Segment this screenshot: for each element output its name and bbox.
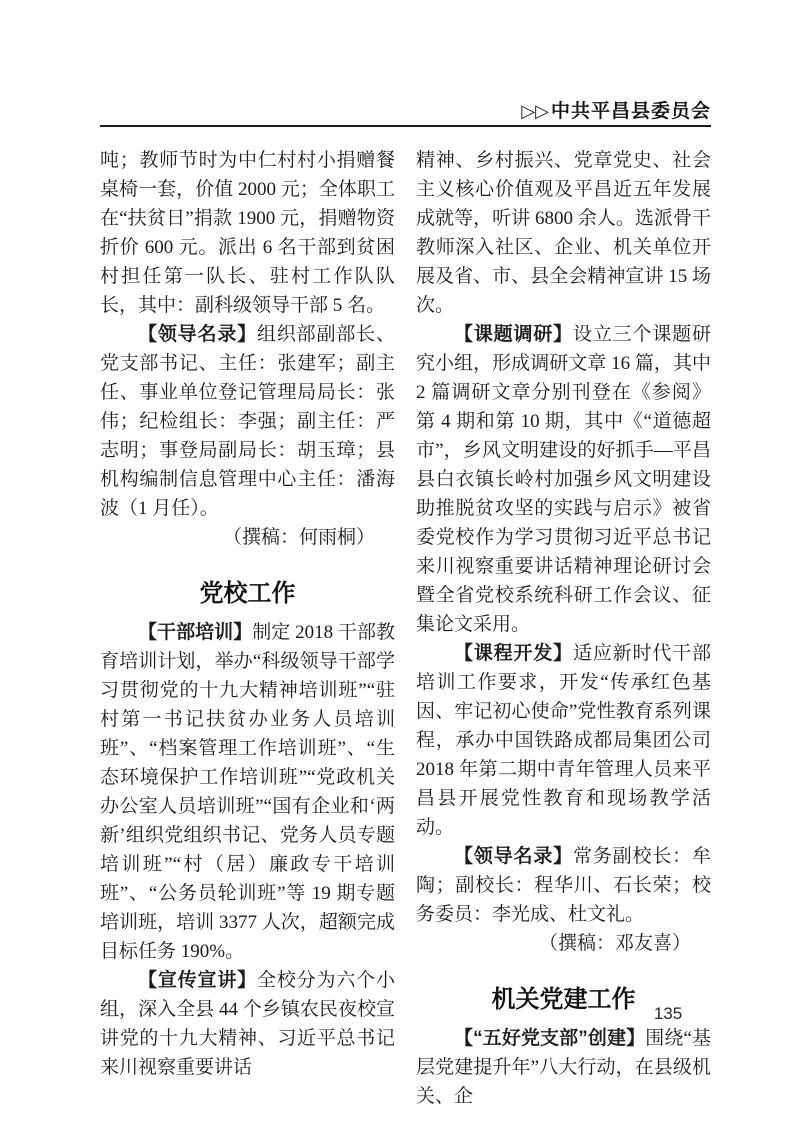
byline: （撰稿：何雨桐） xyxy=(100,523,395,552)
entry-paragraph-leaders: 【领导名录】常务副校长：牟陶；副校长：程华川、石长荣；校务委员：李光成、杜文礼。 xyxy=(416,842,711,929)
entry-tag: 【干部培训】 xyxy=(138,622,252,643)
entry-text: 适应新时代干部培训工作要求，开发“传承红色基因、牢记初心使命”党性教育系列课程，… xyxy=(416,643,711,838)
page-header: ▷▷中共平昌县委员会 xyxy=(521,96,711,123)
entry-text: 组织部副部长、党支部书记、主任：张建军；副主任、事业单位登记管理局局长：张伟；纪… xyxy=(100,324,395,519)
entry-paragraph-cadre-training: 【干部培训】制定 2018 干部教育培训计划，举办“科级领导干部学习贯彻党的十九… xyxy=(100,618,395,966)
entry-text: 制定 2018 干部教育培训计划，举办“科级领导干部学习贯彻党的十九大精神培训班… xyxy=(100,622,395,962)
paragraph-continuation: 吨；教师节时为中仁村村小捐赠餐桌椅一套，价值 2000 元；全体职工在“扶贫日”… xyxy=(100,146,395,320)
entry-tag: 【领导名录】 xyxy=(138,324,257,345)
entry-tag: 【“五好党支部”创建】 xyxy=(454,1028,645,1049)
two-column-text: 吨；教师节时为中仁村村小捐赠餐桌椅一套，价值 2000 元；全体职工在“扶贫日”… xyxy=(100,146,711,1111)
page-number: 135 xyxy=(646,1004,690,1024)
document-page: ▷▷中共平昌县委员会 吨；教师节时为中仁村村小捐赠餐桌椅一套，价值 2000 元… xyxy=(0,0,793,1122)
entry-paragraph-research: 【课题调研】设立三个课题研究小组，形成调研文章 16 篇，其中 2 篇调研文章分… xyxy=(416,320,711,639)
right-column: 精神、乡村振兴、党章党史、社会主义核心价值观及平昌近五年发展成就等，听讲 680… xyxy=(416,146,711,1111)
entry-paragraph-course-dev: 【课程开发】适应新时代干部培训工作要求，开发“传承红色基因、牢记初心使命”党性教… xyxy=(416,639,711,842)
entry-paragraph-propaganda: 【宣传宣讲】全校分为六个小组，深入全县 44 个乡镇农民夜校宣讲党的十九大精神、… xyxy=(100,966,395,1082)
entry-text: 设立三个课题研究小组，形成调研文章 16 篇，其中 2 篇调研文章分别刊登在《参… xyxy=(416,324,711,635)
header-arrow-marks-icon: ▷▷ xyxy=(521,101,549,121)
section-heading-party-school: 党校工作 xyxy=(100,579,395,609)
entry-tag: 【课题调研】 xyxy=(454,324,573,345)
left-column: 吨；教师节时为中仁村村小捐赠餐桌椅一套，价值 2000 元；全体职工在“扶贫日”… xyxy=(100,146,395,1111)
header-title-text: 中共平昌县委员会 xyxy=(551,101,711,122)
entry-paragraph-five-good-branch: 【“五好党支部”创建】围绕“基层党建提升年”八大行动，在县级机关、企 xyxy=(416,1024,711,1111)
entry-tag: 【领导名录】 xyxy=(454,846,573,867)
entry-tag: 【宣传宣讲】 xyxy=(138,970,257,991)
header-rule xyxy=(100,125,711,127)
entry-paragraph-leaders: 【领导名录】组织部副部长、党支部书记、主任：张建军；副主任、事业单位登记管理局局… xyxy=(100,320,395,523)
paragraph-continuation: 精神、乡村振兴、党章党史、社会主义核心价值观及平昌近五年发展成就等，听讲 680… xyxy=(416,146,711,320)
byline: （撰稿：邓友喜） xyxy=(416,929,711,958)
entry-tag: 【课程开发】 xyxy=(454,643,573,664)
